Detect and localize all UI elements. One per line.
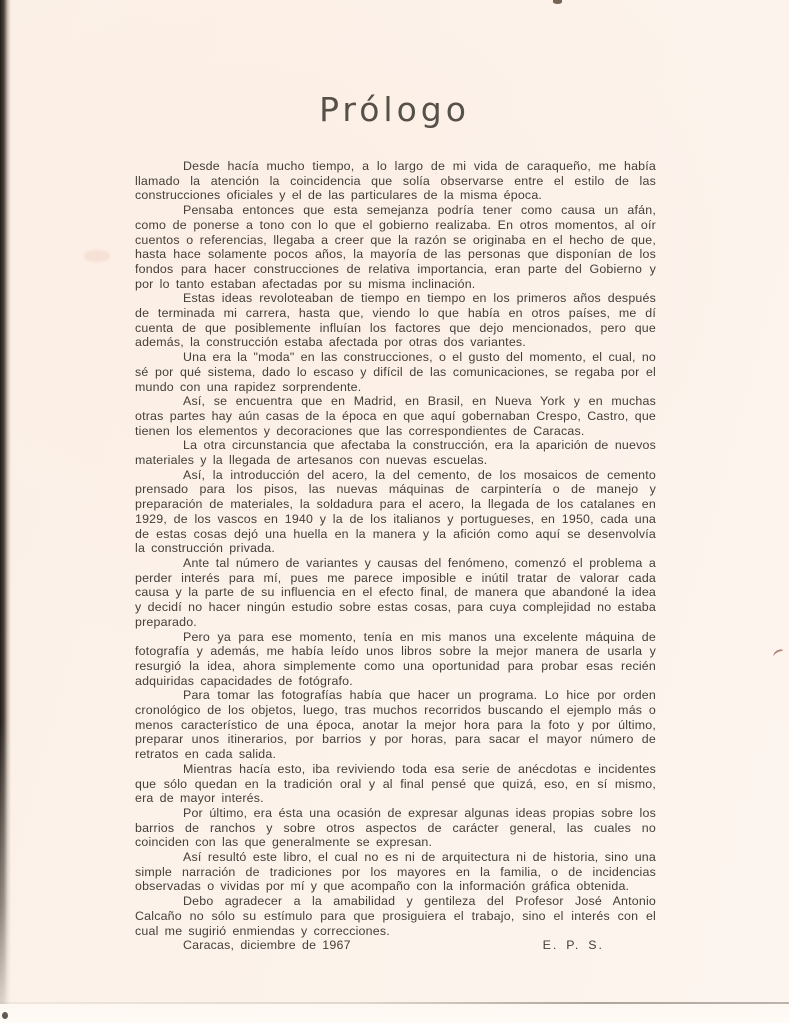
scan-blemish-bottom-left bbox=[2, 1012, 8, 1019]
prologue-paragraph: Debo agradecer a la amabilidad y gentile… bbox=[135, 894, 656, 938]
prologue-body: Desde hacía mucho tiempo, a lo largo de … bbox=[135, 159, 656, 953]
prologue-paragraph: Por último, era ésta una ocasión de expr… bbox=[135, 806, 656, 850]
prologue-paragraph: Mientras hacía esto, iba reviviendo toda… bbox=[135, 762, 656, 806]
closing-line: Caracas, diciembre de 1967 E. P. S. bbox=[135, 938, 656, 953]
prologue-paragraph: Una era la "moda" en las construcciones,… bbox=[135, 350, 656, 394]
closing-place-date: Caracas, diciembre de 1967 bbox=[183, 938, 351, 953]
scanned-book-page: Prólogo Desde hacía mucho tiempo, a lo l… bbox=[0, 0, 789, 1023]
prologue-paragraph: Pensaba entonces que esta semejanza podr… bbox=[135, 203, 656, 291]
closing-initials: E. P. S. bbox=[543, 938, 604, 953]
prologue-paragraph: Estas ideas revoloteaban de tiempo en ti… bbox=[135, 291, 656, 350]
prologue-paragraph: Así resultó este libro, el cual no es ni… bbox=[135, 850, 656, 894]
scan-stain bbox=[84, 250, 110, 262]
prologue-paragraph: Desde hacía mucho tiempo, a lo largo de … bbox=[135, 159, 656, 203]
page-title: Prólogo bbox=[0, 90, 789, 129]
scan-blemish-top bbox=[553, 0, 562, 4]
prologue-paragraph: Ante tal número de variantes y causas de… bbox=[135, 556, 656, 630]
prologue-paragraph: La otra circunstancia que afectaba la co… bbox=[135, 438, 656, 467]
page-gutter-shadow bbox=[0, 0, 11, 1005]
prologue-paragraph: Para tomar las fotografías había que hac… bbox=[135, 688, 656, 762]
prologue-paragraph: Pero ya para ese momento, tenía en mis m… bbox=[135, 630, 656, 689]
prologue-paragraph: Así, se encuentra que en Madrid, en Bras… bbox=[135, 394, 656, 438]
page-bottom-edge bbox=[0, 1004, 789, 1023]
prologue-paragraph: Así, la introducción del acero, la del c… bbox=[135, 468, 656, 556]
scan-blemish-red-mark bbox=[772, 649, 785, 661]
